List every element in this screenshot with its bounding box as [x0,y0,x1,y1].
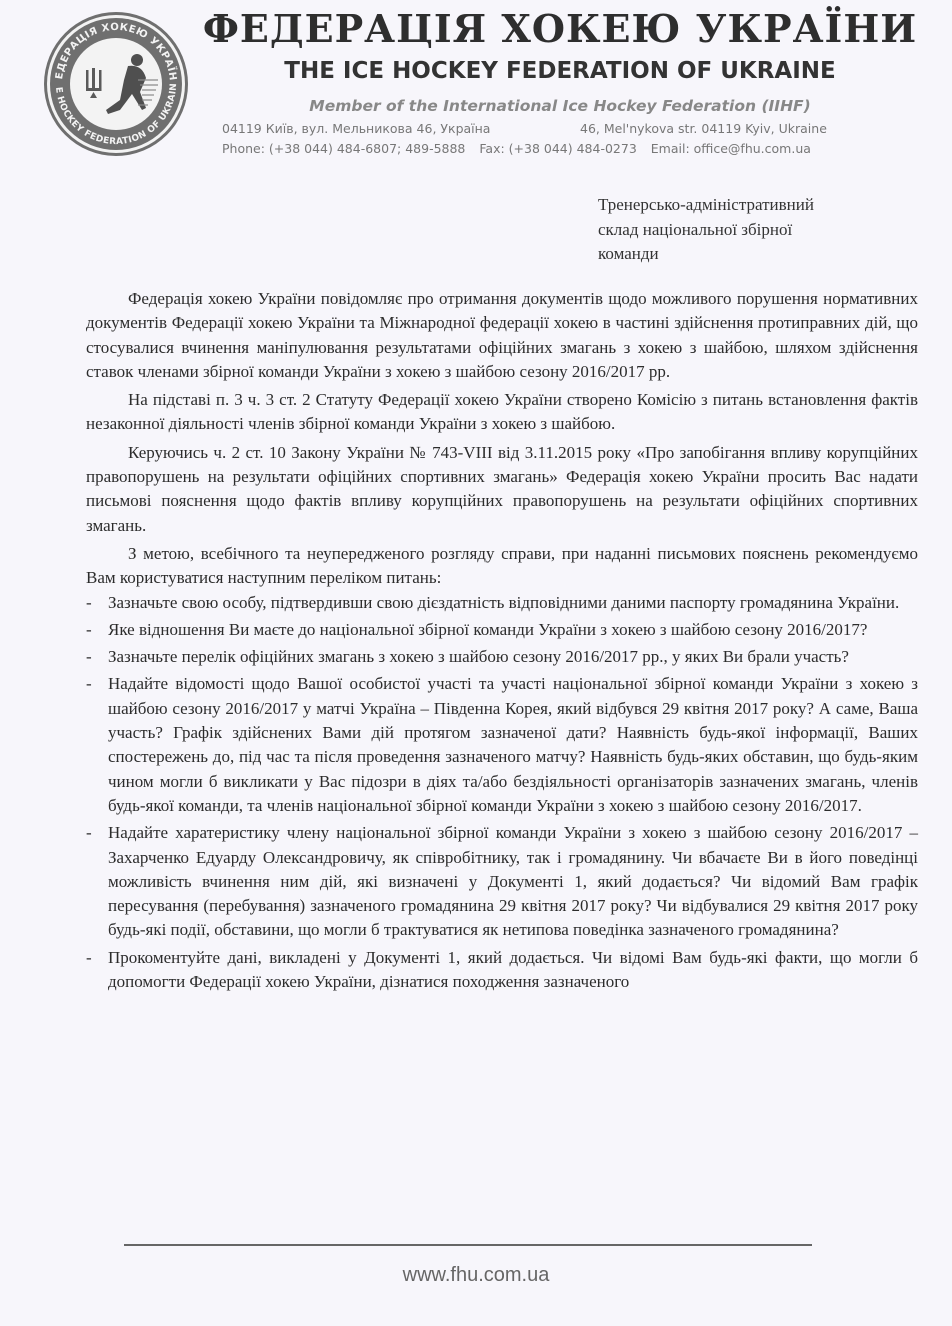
address-ua: 04119 Київ, вул. Мельникова 46, Україна [222,121,490,136]
question-item: -Надайте харатеристику члену національно… [86,821,918,942]
list-dash: - [86,821,92,845]
phone-number: Phone: (+38 044) 484-6807; 489-5888 [222,141,465,156]
addressee-line: склад національної збірної [598,218,814,243]
contact-line: Phone: (+38 044) 484-6807; 489-5888 Fax:… [222,141,821,156]
question-item: -Зазначьте свою особу, підтвердивши свою… [86,591,918,615]
question-item: -Прокоментуйте дані, викладені у Докумен… [86,946,918,995]
addressee-line: команди [598,242,814,267]
question-text: Зазначьте перелік офіційних змагань з хо… [108,647,849,666]
body-paragraph: Керуючись ч. 2 ст. 10 Закону України № 7… [86,441,918,538]
footer-divider [124,1244,812,1246]
body-paragraph: На підставі п. 3 ч. 3 ст. 2 Статуту Феде… [86,388,918,437]
body-paragraph: Федерація хокею України повідомляє про о… [86,287,918,384]
questions-list: -Зазначьте свою особу, підтвердивши свою… [86,591,918,995]
iihf-membership: Member of the International Ice Hockey F… [200,97,920,115]
fax-number: Fax: (+38 044) 484-0273 [479,141,636,156]
footer-website: www.fhu.com.ua [0,1264,952,1287]
hockey-player-emblem-icon: ФЕДЕРАЦІЯ ХОКЕЮ УКРАЇНИ ICE HOCKEY FEDER… [42,10,190,158]
address-en: 46, Mel'nykova str. 04119 Kyiv, Ukraine [580,121,827,136]
federation-title-en: THE ICE HOCKEY FEDERATION OF UKRAINE [200,58,920,84]
addressee-block: Тренерсько-адміністративний склад націон… [598,193,814,267]
question-item: -Зазначьте перелік офіційних змагань з х… [86,645,918,669]
list-dash: - [86,645,92,669]
list-dash: - [86,672,92,696]
list-dash: - [86,591,92,615]
question-text: Зазначьте свою особу, підтвердивши свою … [108,593,899,612]
letter-body: Федерація хокею України повідомляє про о… [86,287,918,997]
question-text: Надайте харатеристику члену національної… [108,823,918,939]
body-paragraph: З метою, всебічного та неупередженого ро… [86,542,918,591]
question-text: Яке відношення Ви маєте до національної … [108,620,867,639]
list-dash: - [86,946,92,970]
question-item: -Надайте відомості щодо Вашої особистої … [86,672,918,818]
federation-title-ua: ФЕДЕРАЦІЯ ХОКЕЮ УКРАЇНИ [200,6,920,51]
question-text: Прокоментуйте дані, викладені у Документ… [108,948,918,991]
email-address: Email: office@fhu.com.ua [651,141,811,156]
addressee-line: Тренерсько-адміністративний [598,193,814,218]
list-dash: - [86,618,92,642]
federation-logo: ФЕДЕРАЦІЯ ХОКЕЮ УКРАЇНИ ICE HOCKEY FEDER… [42,10,190,158]
question-text: Надайте відомості щодо Вашої особистої у… [108,674,918,814]
question-item: -Яке відношення Ви маєте до національної… [86,618,918,642]
